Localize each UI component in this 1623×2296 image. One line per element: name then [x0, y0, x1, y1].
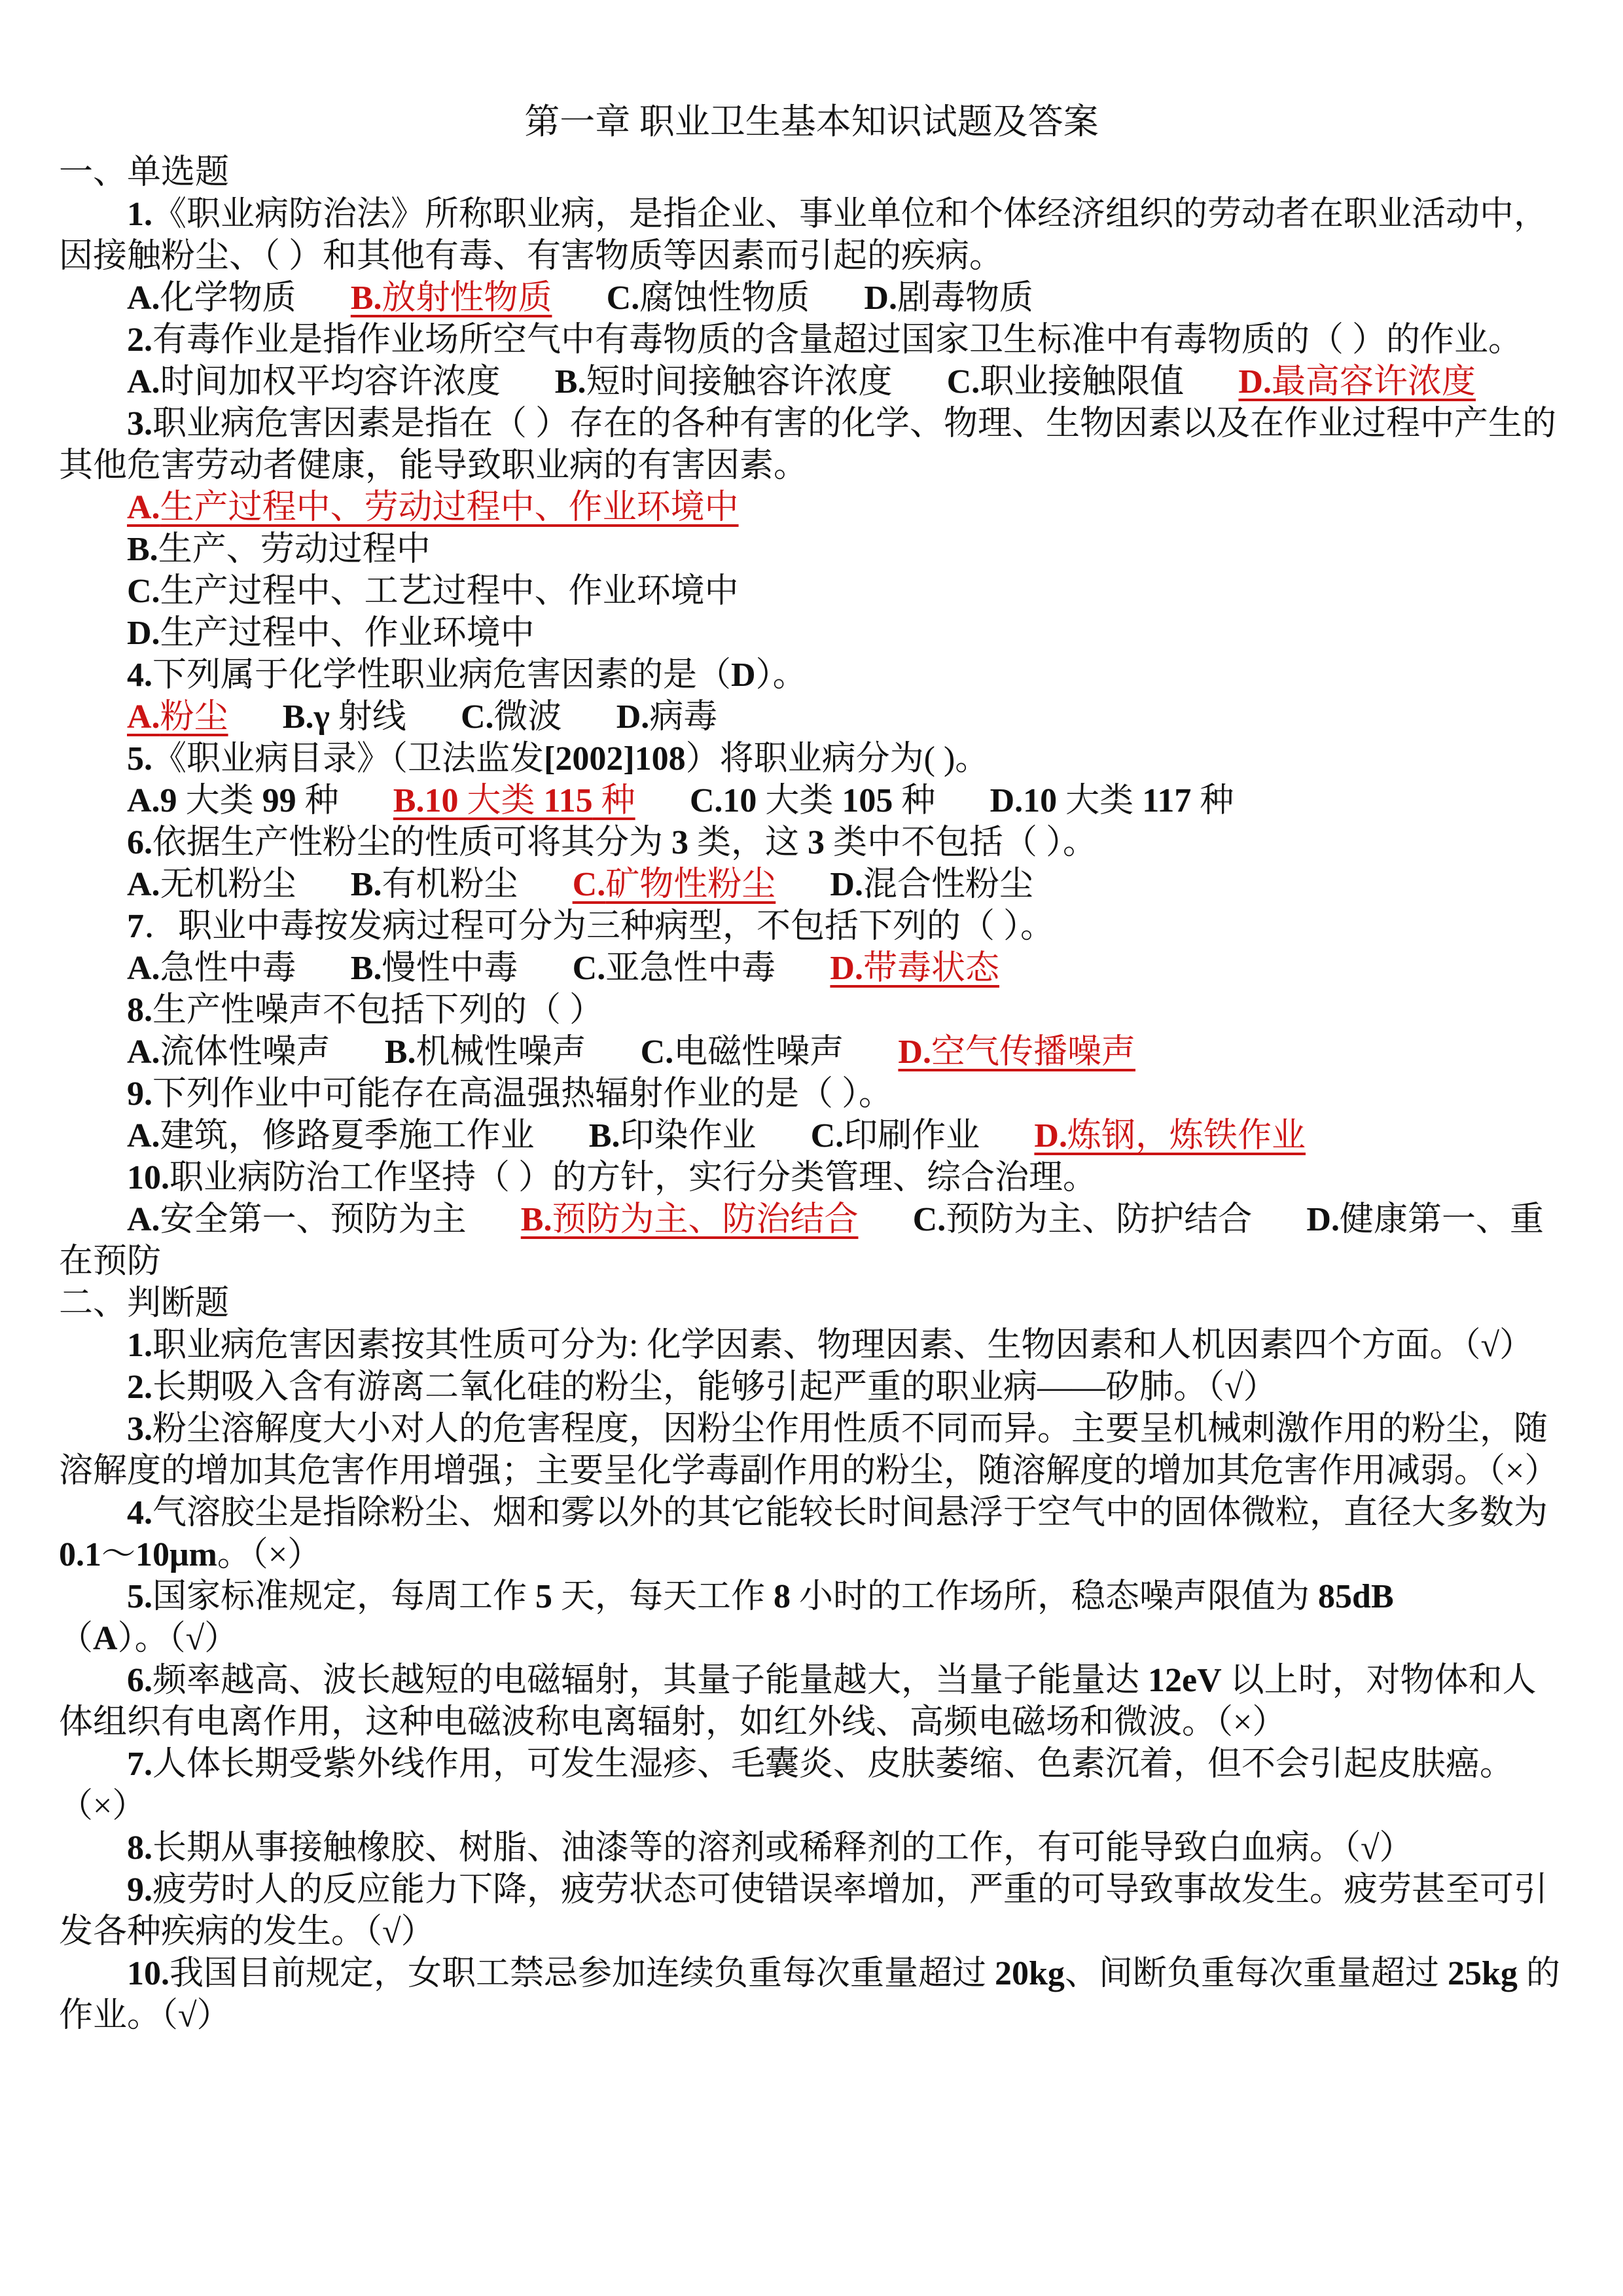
options-row: A.时间加权平均容许浓度B.短时间接触容许浓度C.职业接触限值D.最高容许浓度 [59, 361, 1564, 403]
option: A.安全第一、预防为主 [127, 1201, 467, 1238]
answer-option: D.最高容许浓度 [1238, 363, 1476, 401]
question-stem: 2.长期吸入含有游离二氧化硅的粉尘，能够引起严重的职业病——矽肺。（√） [59, 1367, 1564, 1408]
option: C.10 大类 105 种 [690, 782, 936, 819]
option: B.有机粉尘 [351, 866, 518, 903]
question: 2.有毒作业是指作业场所空气中有毒物质的含量超过国家卫生标准中有毒物质的（ ）的… [59, 319, 1564, 403]
option: B.慢性中毒 [351, 950, 518, 987]
question: 8.生产性噪声不包括下列的（ ）A.流体性噪声B.机械性噪声C.电磁性噪声D.空… [59, 990, 1564, 1073]
option: C.微波 [461, 698, 562, 736]
option: C.亚急性中毒 [573, 950, 776, 987]
question-stem: 5.《职业病目录》（卫法监发[2002]108）将职业病分为( )。 [59, 738, 1564, 780]
question: 4.下列属于化学性职业病危害因素的是（D）。A.粉尘B.γ 射线C.微波D.病毒 [59, 655, 1564, 738]
question-stem: 3.职业病危害因素是指在（ ）存在的各种有害的化学、物理、生物因素以及在作业过程… [59, 403, 1564, 487]
question-stem: 7.人体长期受紫外线作用，可发生湿疹、毛囊炎、皮肤萎缩、色素沉着，但不会引起皮肤… [59, 1744, 1564, 1827]
question: 1.职业病危害因素按其性质可分为: 化学因素、物理因素、生物因素和人机因素四个方… [59, 1325, 1564, 1367]
question: 4.气溶胶尘是指除粉尘、烟和雾以外的其它能较长时间悬浮于空气中的固体微粒，直径大… [59, 1492, 1564, 1576]
question-stem: 5.国家标准规定，每周工作 5 天，每天工作 8 小时的工作场所，稳态噪声限值为… [59, 1576, 1564, 1660]
options-row: A.9 大类 99 种B.10 大类 115 种C.10 大类 105 种D.1… [59, 780, 1564, 822]
question: 8.长期从事接触橡胶、树脂、油漆等的溶剂或稀释剂的工作，有可能导致白血病。（√） [59, 1827, 1564, 1869]
page-title: 第一章 职业卫生基本知识试题及答案 [59, 98, 1564, 145]
option: D.剧毒物质 [864, 279, 1033, 317]
option: C.生产过程中、工艺过程中、作业环境中 [127, 573, 739, 610]
question-stem: 4.下列属于化学性职业病危害因素的是（D）。 [59, 655, 1564, 696]
question: 5.国家标准规定，每周工作 5 天，每天工作 8 小时的工作场所，稳态噪声限值为… [59, 1576, 1564, 1660]
question: 6.频率越高、波长越短的电磁辐射，其量子能量越大，当量子能量达 12eV 以上时… [59, 1660, 1564, 1744]
question: 10.我国目前规定，女职工禁忌参加连续负重每次重量超过 20kg、间断负重每次重… [59, 1953, 1564, 2037]
option: B.γ 射线 [283, 698, 406, 736]
options-row: A.急性中毒B.慢性中毒C.亚急性中毒D.带毒状态 [59, 948, 1564, 990]
option: A.流体性噪声 [127, 1033, 330, 1071]
options-row: A.建筑，修路夏季施工作业B.印染作业C.印刷作业D.炼钢，炼铁作业 [59, 1115, 1564, 1157]
question-stem: 2.有毒作业是指作业场所空气中有毒物质的含量超过国家卫生标准中有毒物质的（ ）的… [59, 319, 1564, 361]
option: C.印刷作业 [811, 1117, 980, 1155]
option: D.混合性粉尘 [830, 866, 1033, 903]
question: 9.下列作业中可能存在高温强热辐射作业的是（ ）。A.建筑，修路夏季施工作业B.… [59, 1073, 1564, 1157]
answer-option: B.10 大类 115 种 [393, 782, 635, 819]
option: D.10 大类 117 种 [990, 782, 1234, 819]
options-row: A.粉尘B.γ 射线C.微波D.病毒 [59, 696, 1564, 738]
option: A.时间加权平均容许浓度 [127, 363, 501, 401]
question: 2.长期吸入含有游离二氧化硅的粉尘，能够引起严重的职业病——矽肺。（√） [59, 1367, 1564, 1408]
answer-option: D.炼钢，炼铁作业 [1034, 1117, 1306, 1155]
option: B.机械性噪声 [385, 1033, 586, 1071]
option: D.生产过程中、作业环境中 [127, 615, 535, 652]
question-stem: 8.生产性噪声不包括下列的（ ） [59, 990, 1564, 1031]
option: B.印染作业 [589, 1117, 757, 1155]
option-line: C.生产过程中、工艺过程中、作业环境中 [59, 571, 1564, 613]
question-stem: 3.粉尘溶解度大小对人的危害程度，因粉尘作用性质不同而异。主要呈机械刺激作用的粉… [59, 1408, 1564, 1492]
answer-option: B.放射性物质 [351, 279, 552, 317]
question-stem: 7．职业中毒按发病过程可分为三种病型，不包括下列的（ ）。 [59, 906, 1564, 948]
options-row: A.流体性噪声B.机械性噪声C.电磁性噪声D.空气传播噪声 [59, 1031, 1564, 1073]
question-stem: 4.气溶胶尘是指除粉尘、烟和雾以外的其它能较长时间悬浮于空气中的固体微粒，直径大… [59, 1492, 1564, 1576]
option: C.电磁性噪声 [641, 1033, 844, 1071]
option: C.职业接触限值 [947, 363, 1185, 401]
question-stem: 10.职业病防治工作坚持（ ）的方针，实行分类管理、综合治理。 [59, 1157, 1564, 1199]
question-stem: 8.长期从事接触橡胶、树脂、油漆等的溶剂或稀释剂的工作，有可能导致白血病。（√） [59, 1827, 1564, 1869]
document-page: 第一章 职业卫生基本知识试题及答案 一、单选题1.《职业病防治法》所称职业病，是… [0, 0, 1623, 2296]
answer-option: C.矿物性粉尘 [573, 866, 776, 903]
option: C.腐蚀性物质 [607, 279, 810, 317]
answer-option: A.生产过程中、劳动过程中、作业环境中 [127, 489, 739, 526]
question: 9.疲劳时人的反应能力下降，疲劳状态可使错误率增加，严重的可导致事故发生。疲劳甚… [59, 1869, 1564, 1953]
option: D.病毒 [616, 698, 718, 736]
question-stem: 9.下列作业中可能存在高温强热辐射作业的是（ ）。 [59, 1073, 1564, 1115]
question: 1.《职业病防治法》所称职业病，是指企业、事业单位和个体经济组织的劳动者在职业活… [59, 194, 1564, 319]
option: C.预防为主、防护结合 [913, 1201, 1253, 1238]
options-row: A.无机粉尘B.有机粉尘C.矿物性粉尘D.混合性粉尘 [59, 864, 1564, 906]
options-row: A.化学物质B.放射性物质C.腐蚀性物质D.剧毒物质 [59, 278, 1564, 319]
option: A.9 大类 99 种 [127, 782, 339, 819]
question-stem: 1.《职业病防治法》所称职业病，是指企业、事业单位和个体经济组织的劳动者在职业活… [59, 194, 1564, 278]
option: A.无机粉尘 [127, 866, 296, 903]
option: B.生产、劳动过程中 [127, 531, 431, 568]
question-stem: 6.依据生产性粉尘的性质可将其分为 3 类，这 3 类中不包括（ ）。 [59, 822, 1564, 864]
option: A.化学物质 [127, 279, 296, 317]
options-row: A.安全第一、预防为主B.预防为主、防治结合C.预防为主、防护结合D.健康第一、… [59, 1199, 1564, 1283]
option-line: B.生产、劳动过程中 [59, 529, 1564, 571]
document-content: 一、单选题1.《职业病防治法》所称职业病，是指企业、事业单位和个体经济组织的劳动… [59, 152, 1564, 2037]
answer-option: D.带毒状态 [830, 950, 999, 987]
question: 3.粉尘溶解度大小对人的危害程度，因粉尘作用性质不同而异。主要呈机械刺激作用的粉… [59, 1408, 1564, 1492]
option: A.急性中毒 [127, 950, 296, 987]
answer-option: A.粉尘 [127, 698, 228, 736]
option: B.短时间接触容许浓度 [555, 363, 893, 401]
answer-option: D.空气传播噪声 [898, 1033, 1135, 1071]
question: 3.职业病危害因素是指在（ ）存在的各种有害的化学、物理、生物因素以及在作业过程… [59, 403, 1564, 655]
option: A.建筑，修路夏季施工作业 [127, 1117, 535, 1155]
question-stem: 10.我国目前规定，女职工禁忌参加连续负重每次重量超过 20kg、间断负重每次重… [59, 1953, 1564, 2037]
question-stem: 1.职业病危害因素按其性质可分为: 化学因素、物理因素、生物因素和人机因素四个方… [59, 1325, 1564, 1367]
question: 6.依据生产性粉尘的性质可将其分为 3 类，这 3 类中不包括（ ）。A.无机粉… [59, 822, 1564, 906]
question: 5.《职业病目录》（卫法监发[2002]108）将职业病分为( )。A.9 大类… [59, 738, 1564, 822]
section-heading: 一、单选题 [59, 152, 1564, 194]
question: 10.职业病防治工作坚持（ ）的方针，实行分类管理、综合治理。A.安全第一、预防… [59, 1157, 1564, 1283]
question: 7.人体长期受紫外线作用，可发生湿疹、毛囊炎、皮肤萎缩、色素沉着，但不会引起皮肤… [59, 1744, 1564, 1827]
question-stem: 9.疲劳时人的反应能力下降，疲劳状态可使错误率增加，严重的可导致事故发生。疲劳甚… [59, 1869, 1564, 1953]
answer-option: B.预防为主、防治结合 [521, 1201, 859, 1238]
section-heading: 二、判断题 [59, 1283, 1564, 1325]
question: 7．职业中毒按发病过程可分为三种病型，不包括下列的（ ）。A.急性中毒B.慢性中… [59, 906, 1564, 990]
option-line: A.生产过程中、劳动过程中、作业环境中 [59, 487, 1564, 529]
question-stem: 6.频率越高、波长越短的电磁辐射，其量子能量越大，当量子能量达 12eV 以上时… [59, 1660, 1564, 1744]
option-line: D.生产过程中、作业环境中 [59, 613, 1564, 655]
